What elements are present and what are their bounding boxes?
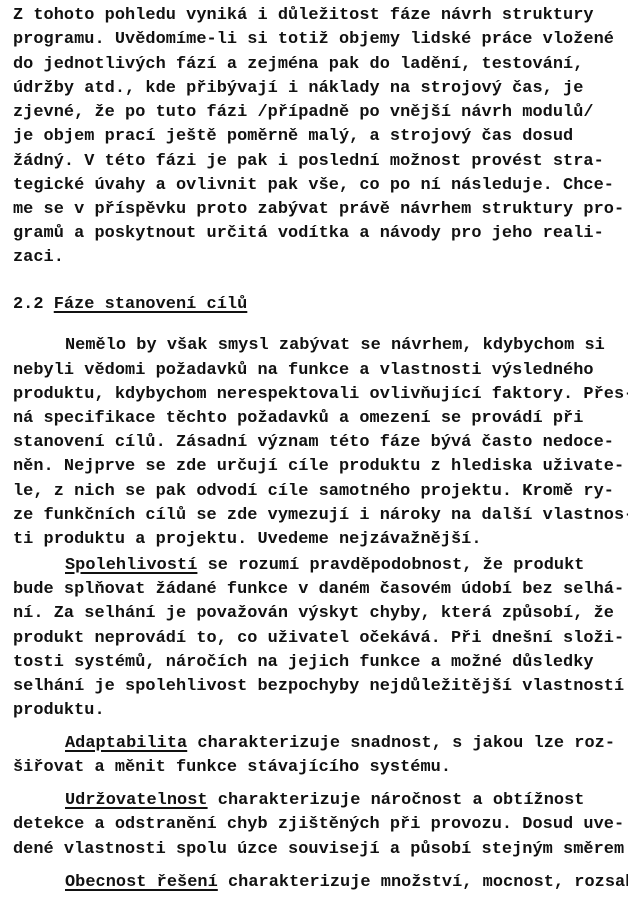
text-line: šiřovat a měnit funkce stávajícího systé… bbox=[13, 758, 451, 778]
text-line: Nemělo by však smysl zabývat se návrhem,… bbox=[65, 336, 605, 356]
document-page: Z tohoto pohledu vyniká i důležitost fáz… bbox=[0, 0, 628, 898]
text-line: Obecnost řešení charakterizuje množství,… bbox=[65, 873, 628, 893]
text-line: gramů a poskytnout určitá vodítka a návo… bbox=[13, 224, 604, 244]
text-line: tosti systémů, náročích na jejich funkce… bbox=[13, 653, 594, 673]
term-generality: Obecnost řešení bbox=[65, 873, 218, 892]
section-number: 2.2 bbox=[13, 295, 44, 314]
text-fragment: charakterizuje množství, mocnost, rozsah bbox=[218, 873, 628, 892]
section-heading: 2.2 Fáze stanovení cílů bbox=[13, 295, 247, 315]
text-line: stanovení cílů. Zásadní význam této fáze… bbox=[13, 433, 614, 453]
term-reliability: Spolehlivostí bbox=[65, 556, 197, 575]
text-line: Adaptabilita charakterizuje snadnost, s … bbox=[65, 734, 615, 754]
text-line: produktu. bbox=[13, 701, 105, 721]
text-line: zaci. bbox=[13, 248, 64, 268]
text-line: le, z nich se pak odvodí cíle samotného … bbox=[13, 482, 614, 502]
text-fragment: charakterizuje náročnost a obtížnost bbox=[208, 791, 585, 810]
term-maintainability: Udržovatelnost bbox=[65, 791, 208, 810]
text-line: Udržovatelnost charakterizuje náročnost … bbox=[65, 791, 585, 811]
text-line: bude splňovat žádané funkce v daném časo… bbox=[13, 580, 624, 600]
text-line: Spolehlivostí se rozumí pravděpodobnost,… bbox=[65, 556, 585, 576]
text-line: produktu, kdybychom nerespektovali ovliv… bbox=[13, 385, 628, 405]
text-line: ze funkčních cílů se zde vymezují i náro… bbox=[13, 506, 628, 526]
text-line: do jednotlivých fází a zejména pak do la… bbox=[13, 55, 583, 75]
text-line: dené vlastnosti spolu úzce souvisejí a p… bbox=[13, 840, 628, 860]
text-line: ní. Za selhání je považován výskyt chyby… bbox=[13, 604, 614, 624]
text-line: me se v příspěvku proto zabývat právě ná… bbox=[13, 200, 624, 220]
text-fragment: se rozumí pravděpodobnost, že produkt bbox=[197, 556, 584, 575]
text-line: ná specifikace těchto požadavků a omezen… bbox=[13, 409, 583, 429]
text-line: je objem prací ještě poměrně malý, a str… bbox=[13, 127, 573, 147]
text-line: žádný. V této fázi je pak i poslední mož… bbox=[13, 152, 604, 172]
text-line: detekce a odstranění chyb zjištěných při… bbox=[13, 815, 624, 835]
text-line: nebyli vědomi požadavků na funkce a vlas… bbox=[13, 361, 594, 381]
term-adaptability: Adaptabilita bbox=[65, 734, 187, 753]
text-line: údržby atd., kde přibývají i náklady na … bbox=[13, 79, 583, 99]
text-fragment: charakterizuje snadnost, s jakou lze roz… bbox=[187, 734, 615, 753]
section-title: Fáze stanovení cílů bbox=[54, 295, 248, 314]
text-line: tegické úvahy a ovlivnit pak vše, co po … bbox=[13, 176, 614, 196]
text-line: selhání je spolehlivost bezpochyby nejdů… bbox=[13, 677, 624, 697]
text-line: programu. Uvědomíme-li si totiž objemy l… bbox=[13, 30, 614, 50]
text-line: ti produktu a projektu. Uvedeme nejzávaž… bbox=[13, 530, 482, 550]
text-line: něn. Nejprve se zde určují cíle produktu… bbox=[13, 457, 624, 477]
text-line: zjevné, že po tuto fázi /případně po vně… bbox=[13, 103, 594, 123]
text-line: Z tohoto pohledu vyniká i důležitost fáz… bbox=[13, 6, 594, 26]
text-line: produkt neprovádí to, co uživatel očekáv… bbox=[13, 629, 624, 649]
